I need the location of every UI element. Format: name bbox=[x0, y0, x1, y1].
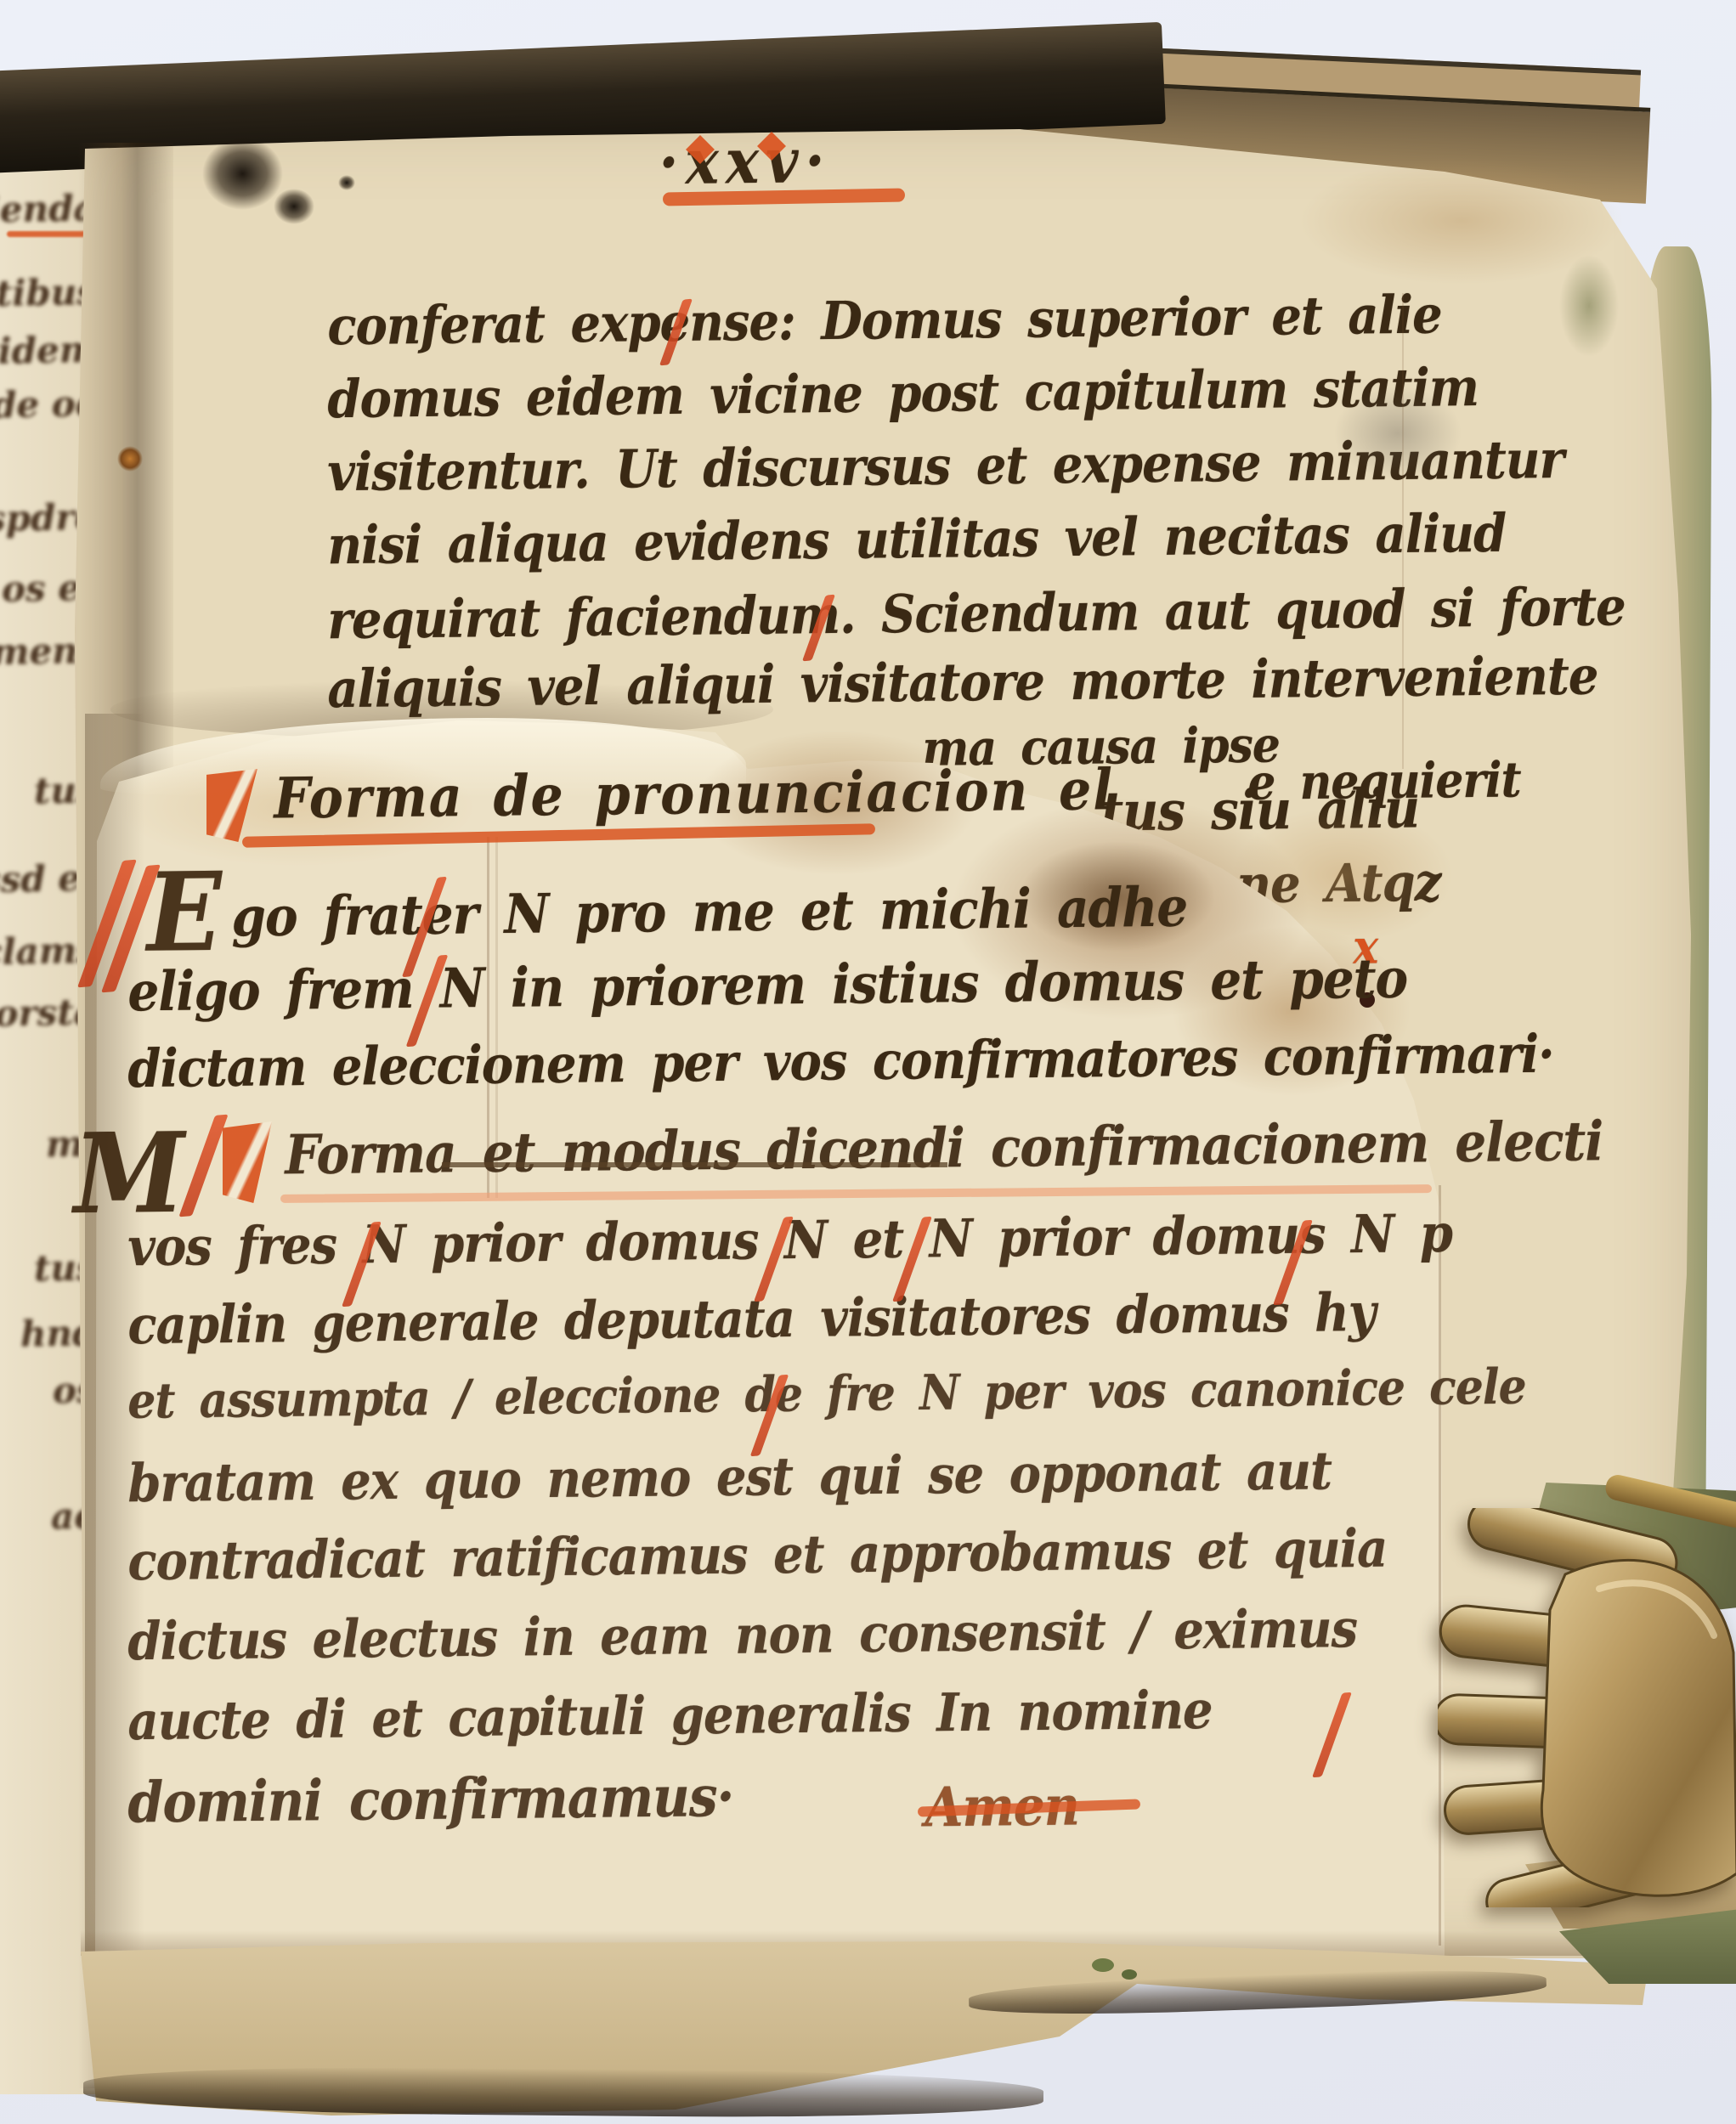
strike-through bbox=[442, 1162, 947, 1167]
text-line: domini confirmamus· bbox=[127, 1765, 734, 1836]
folio-number: ·xxv· bbox=[659, 124, 832, 199]
text-line: aucte di et capituli generalis In nomine bbox=[127, 1680, 1213, 1753]
ink-speck bbox=[338, 175, 355, 190]
text-line: caplin generale deputata visitatores dom… bbox=[127, 1282, 1376, 1357]
manuscript-photo: facienda tibus sidem m de oc spdre os et… bbox=[0, 0, 1736, 2124]
text-line: contradicat ratificamus et approbamus et… bbox=[127, 1517, 1388, 1592]
brass-hand-clasp bbox=[1438, 1508, 1736, 1907]
text-line: bratam ex quo nemo est qui se opponat au… bbox=[127, 1440, 1332, 1514]
bottom-edge-lip bbox=[83, 2065, 1043, 2120]
text-line: dictus electus in eam non consensit / ex… bbox=[127, 1598, 1357, 1673]
ruling-line bbox=[1402, 293, 1404, 769]
wormhole-spot bbox=[117, 446, 143, 472]
text-line: go frater N pro me et michi adhe bbox=[231, 875, 1188, 949]
text-line: eligo frem N in priorem istius domus et … bbox=[127, 946, 1407, 1024]
text-line: domus eidem vicine post capitulum statim bbox=[327, 357, 1479, 431]
ink-blot bbox=[274, 189, 314, 224]
smudge bbox=[1334, 387, 1462, 480]
ink-blot bbox=[202, 138, 283, 210]
rubric-heading: Forma de pronunciacion el bbox=[274, 758, 1114, 832]
mold-fleck bbox=[1122, 1969, 1137, 1980]
mold-fleck bbox=[1092, 1958, 1114, 1972]
text-line: nisi aliqua evidens utilitas vel necitas… bbox=[327, 502, 1507, 576]
text-line: conferat expense: Domus superior et alie bbox=[327, 284, 1442, 357]
mold-speck bbox=[1559, 255, 1619, 357]
palm bbox=[1541, 1560, 1736, 1895]
